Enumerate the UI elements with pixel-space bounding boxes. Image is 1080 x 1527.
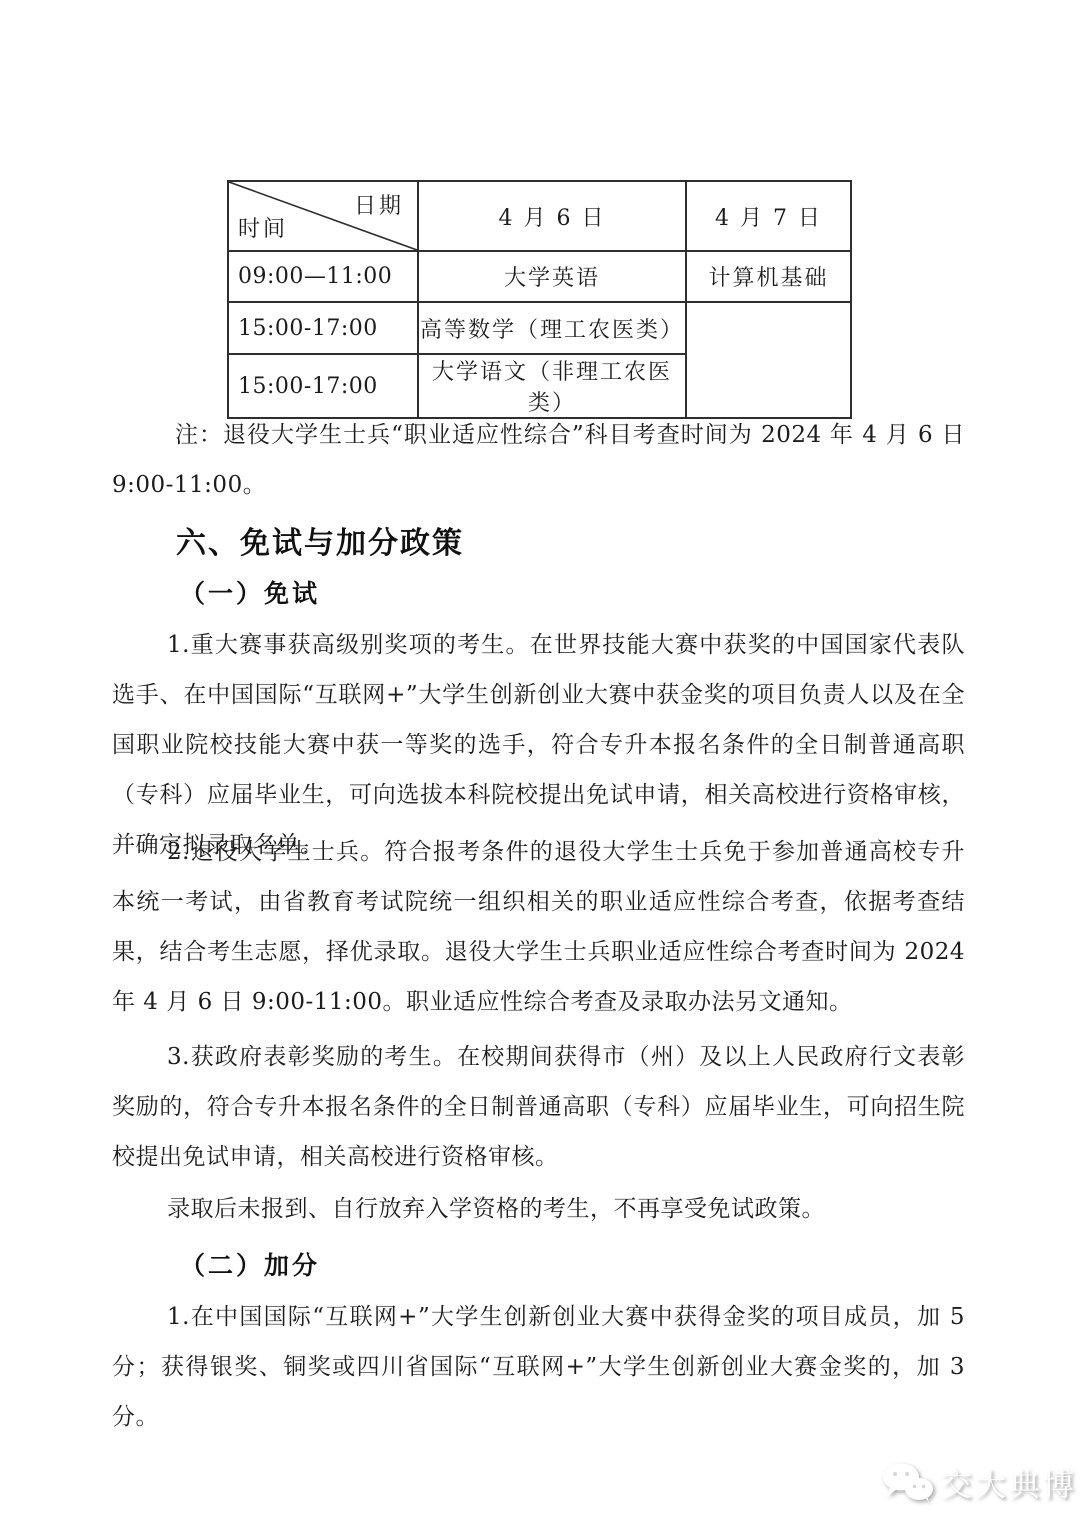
corner-time-label: 时间	[238, 212, 288, 243]
wechat-icon	[882, 1463, 934, 1503]
paragraph-exemption-forfeit: 录取后未报到、自行放弃入学资格的考生，不再享受免试政策。	[112, 1184, 965, 1234]
table-row: 15:00-17:00 高等数学（理工农医类）	[228, 302, 851, 354]
paragraph-exemption-3: 3.获政府表彰奖励的考生。在校期间获得市（州）及以上人民政府行文表彰奖励的，符合…	[112, 1032, 965, 1182]
subject-cell: 计算机基础	[686, 251, 851, 302]
subject-cell: 大学语文（非理工农医类）	[418, 354, 686, 418]
table-note: 注：退役大学生士兵“职业适应性综合”科目考查时间为 2024 年 4 月 6 日…	[112, 410, 965, 510]
date-header-apr6: 4 月 6 日	[418, 181, 686, 251]
corner-date-label: 日期	[354, 189, 404, 220]
empty-merged-cell	[686, 302, 851, 418]
watermark-label: 交大典博	[941, 1460, 1077, 1505]
subject-cell: 高等数学（理工农医类）	[418, 302, 686, 354]
watermark: 交大典博	[882, 1460, 1077, 1505]
paragraph-exemption-2: 2.退役大学生士兵。符合报考条件的退役大学生士兵免于参加普通高校专升本统一考试，…	[112, 827, 965, 1027]
document-page: 日期 时间 4 月 6 日 4 月 7 日 09:00—11:00 大学英语 计…	[0, 0, 1080, 1527]
table-header-row: 日期 时间 4 月 6 日 4 月 7 日	[228, 181, 851, 251]
paragraph-bonus-1: 1.在中国国际“互联网+”大学生创新创业大赛中获得金奖的项目成员，加 5 分；获…	[112, 1292, 965, 1442]
time-cell: 09:00—11:00	[228, 251, 418, 302]
section-heading: 六、免试与加分政策	[176, 518, 464, 562]
subsection-heading-bonus: （二）加分	[180, 1246, 320, 1282]
exam-schedule-table: 日期 时间 4 月 6 日 4 月 7 日 09:00—11:00 大学英语 计…	[227, 180, 852, 419]
table-corner-cell: 日期 时间	[228, 181, 418, 251]
date-header-apr7: 4 月 7 日	[686, 181, 851, 251]
subsection-heading-exemption: （一）免试	[180, 574, 320, 610]
subject-cell: 大学英语	[418, 251, 686, 302]
time-cell: 15:00-17:00	[228, 302, 418, 354]
table-row: 09:00—11:00 大学英语 计算机基础	[228, 251, 851, 302]
time-cell: 15:00-17:00	[228, 354, 418, 418]
